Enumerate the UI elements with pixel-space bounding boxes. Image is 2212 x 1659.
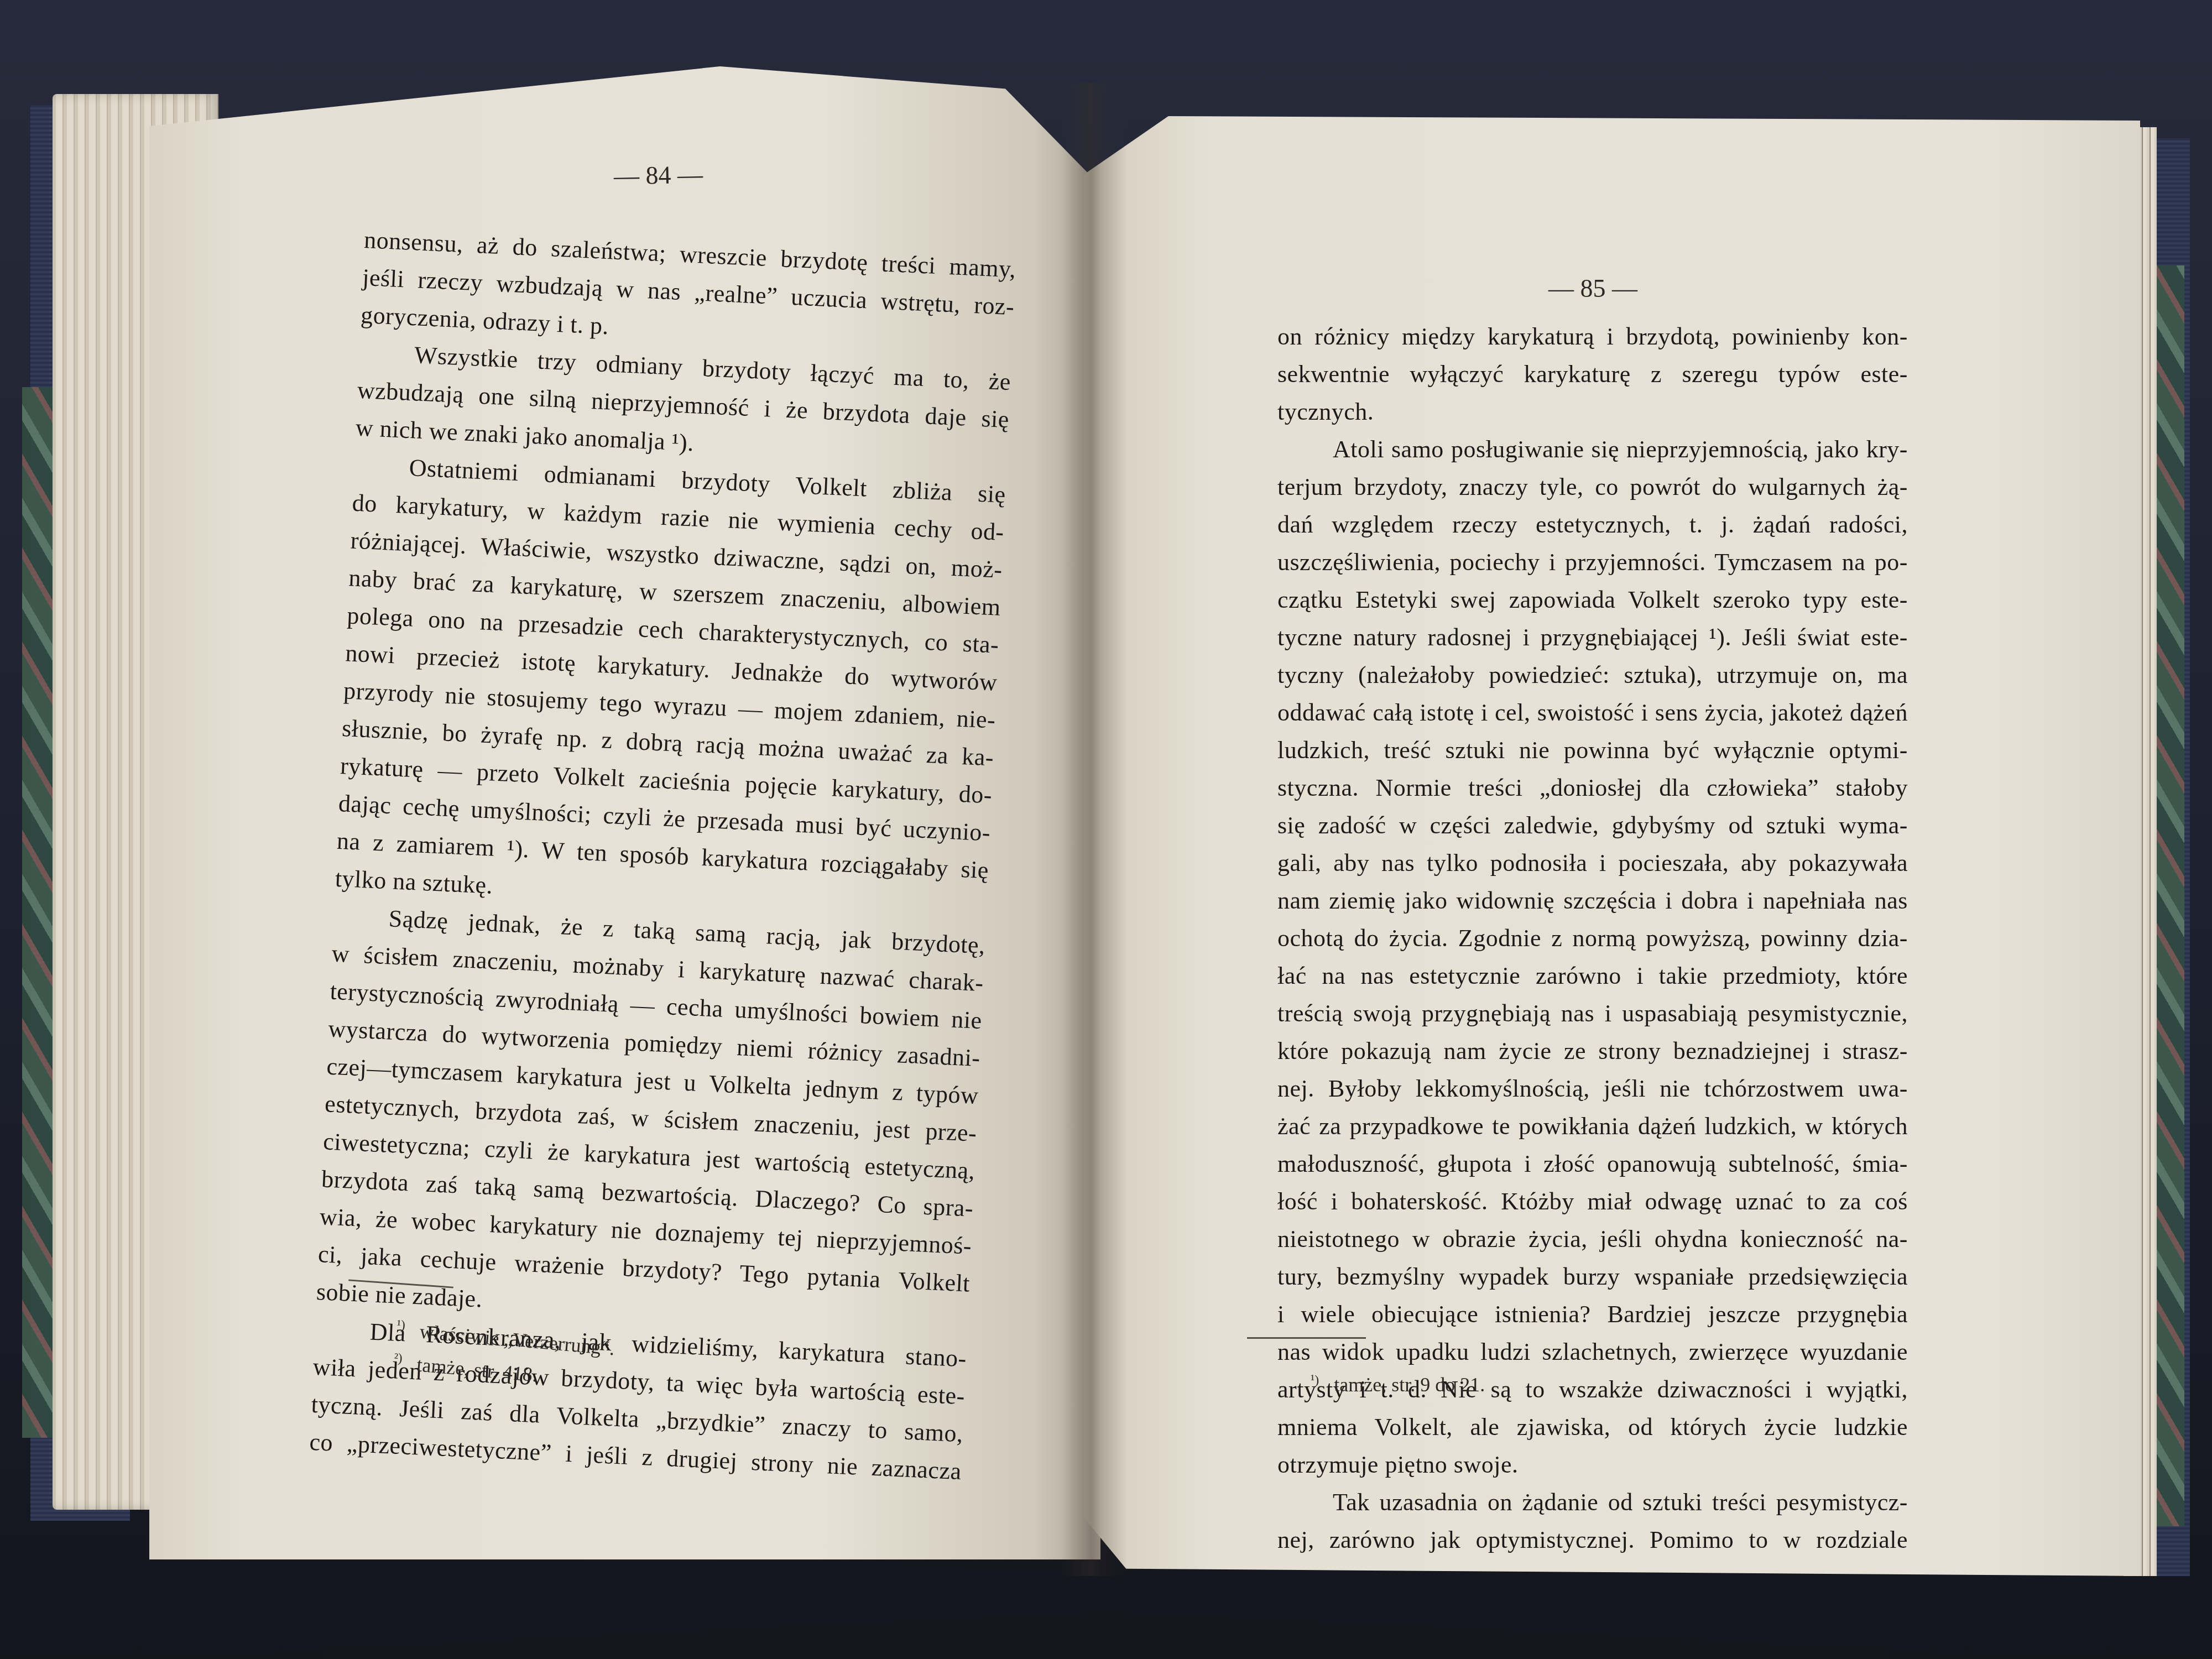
text-line: czątku Estetyki swej zapowiada Volkelt s… (1277, 581, 1908, 619)
book-gutter (1062, 83, 1128, 1576)
text-line: gali, aby nas tylko podnosiła i pociesza… (1277, 844, 1908, 882)
text-line: tycznych. (1277, 393, 1908, 431)
text-line: tyczne natury radosnej i przygnębiającej… (1277, 619, 1908, 656)
text-line: ludzkich, treść sztuki nie powinna być w… (1277, 732, 1908, 769)
text-line: tury, bezmyślny wypadek burzy wspaniałe … (1277, 1258, 1908, 1296)
text-line: dań względem rzeczy estetycznych, t. j. … (1277, 506, 1908, 544)
text-line: żać za przypadkowe te powikłania dążeń l… (1277, 1108, 1908, 1145)
text-line: styczna. Normie treści „doniosłej dla cz… (1277, 769, 1908, 807)
footnote-mark: ¹) (1311, 1373, 1319, 1387)
page-number-84: — 84 — (614, 160, 703, 191)
text-line: łać na nas estetycznie zarówno i takie p… (1277, 957, 1908, 995)
text-line: treścią swoją przygnębiają nas i uspasab… (1277, 995, 1908, 1032)
text-line: otrzymuje piętno swoje. (1277, 1446, 1908, 1484)
footnote-separator (1247, 1337, 1366, 1339)
text-line: nam ziemię jako widownię szczęścia i dob… (1277, 882, 1908, 920)
page-number-85: — 85 — (1548, 274, 1637, 303)
text-line: się zadość w części zaledwie, gdybyśmy o… (1277, 807, 1908, 844)
left-page-text: nonsensu, aż do szaleństwa; wreszcie brz… (309, 221, 1017, 1490)
text-line: ochotą do życia. Zgodnie z normą powyższ… (1277, 920, 1908, 957)
text-line: nej, zarówno jak optymistycznej. Pomimo … (1277, 1521, 1908, 1559)
footnote-mark: ¹) (397, 1318, 406, 1333)
text-line: nas widok upadku ludzi szlachetnych, zwi… (1277, 1333, 1908, 1371)
text-line: które pokazują nam życie ze strony bezna… (1277, 1032, 1908, 1070)
text-line: mniema Volkelt, ale zjawiska, od których… (1277, 1408, 1908, 1446)
text-line: sekwentnie wyłączyć karykaturę z szeregu… (1277, 356, 1908, 393)
text-line: uszczęśliwienia, pociechy i przyjemności… (1277, 544, 1908, 581)
text-line: on różnicy między karykaturą i brzydotą,… (1277, 318, 1908, 356)
text-line: Atoli samo posługiwanie się nieprzyjemno… (1277, 431, 1908, 468)
text-line: i wiele obiecujące istnienia? Bardziej j… (1277, 1296, 1908, 1333)
text-line: łość i bohaterskość. Któżby miał odwagę … (1277, 1183, 1908, 1220)
footnote-1: ¹) tamże, str. 9 do 21. (1311, 1366, 1485, 1399)
text-line: oddawać całą istotę i cel, swoistość i s… (1277, 694, 1908, 732)
text-line: nieistotnego w obrazie życia, jeśli ohyd… (1277, 1220, 1908, 1258)
text-line: terjum brzydoty, znaczy tyle, co powrót … (1277, 468, 1908, 506)
text-line: Tak uzasadnia on żądanie od sztuki treśc… (1277, 1484, 1908, 1521)
right-footnotes: ¹) tamże, str. 9 do 21. (1311, 1366, 1485, 1399)
footnote-text: tamże, str. 9 do 21. (1334, 1374, 1485, 1396)
text-line: tyczny (należałoby powiedzieć: sztuka), … (1277, 656, 1908, 694)
text-line: małoduszność, głupota i złość opanowują … (1277, 1145, 1908, 1183)
marbled-endpaper-right (2154, 265, 2184, 1526)
footnote-mark: ²) (393, 1351, 403, 1366)
text-line: nej. Byłoby lekkomyślnością, jeśli nie t… (1277, 1070, 1908, 1108)
marbled-endpaper-left (22, 387, 55, 1438)
